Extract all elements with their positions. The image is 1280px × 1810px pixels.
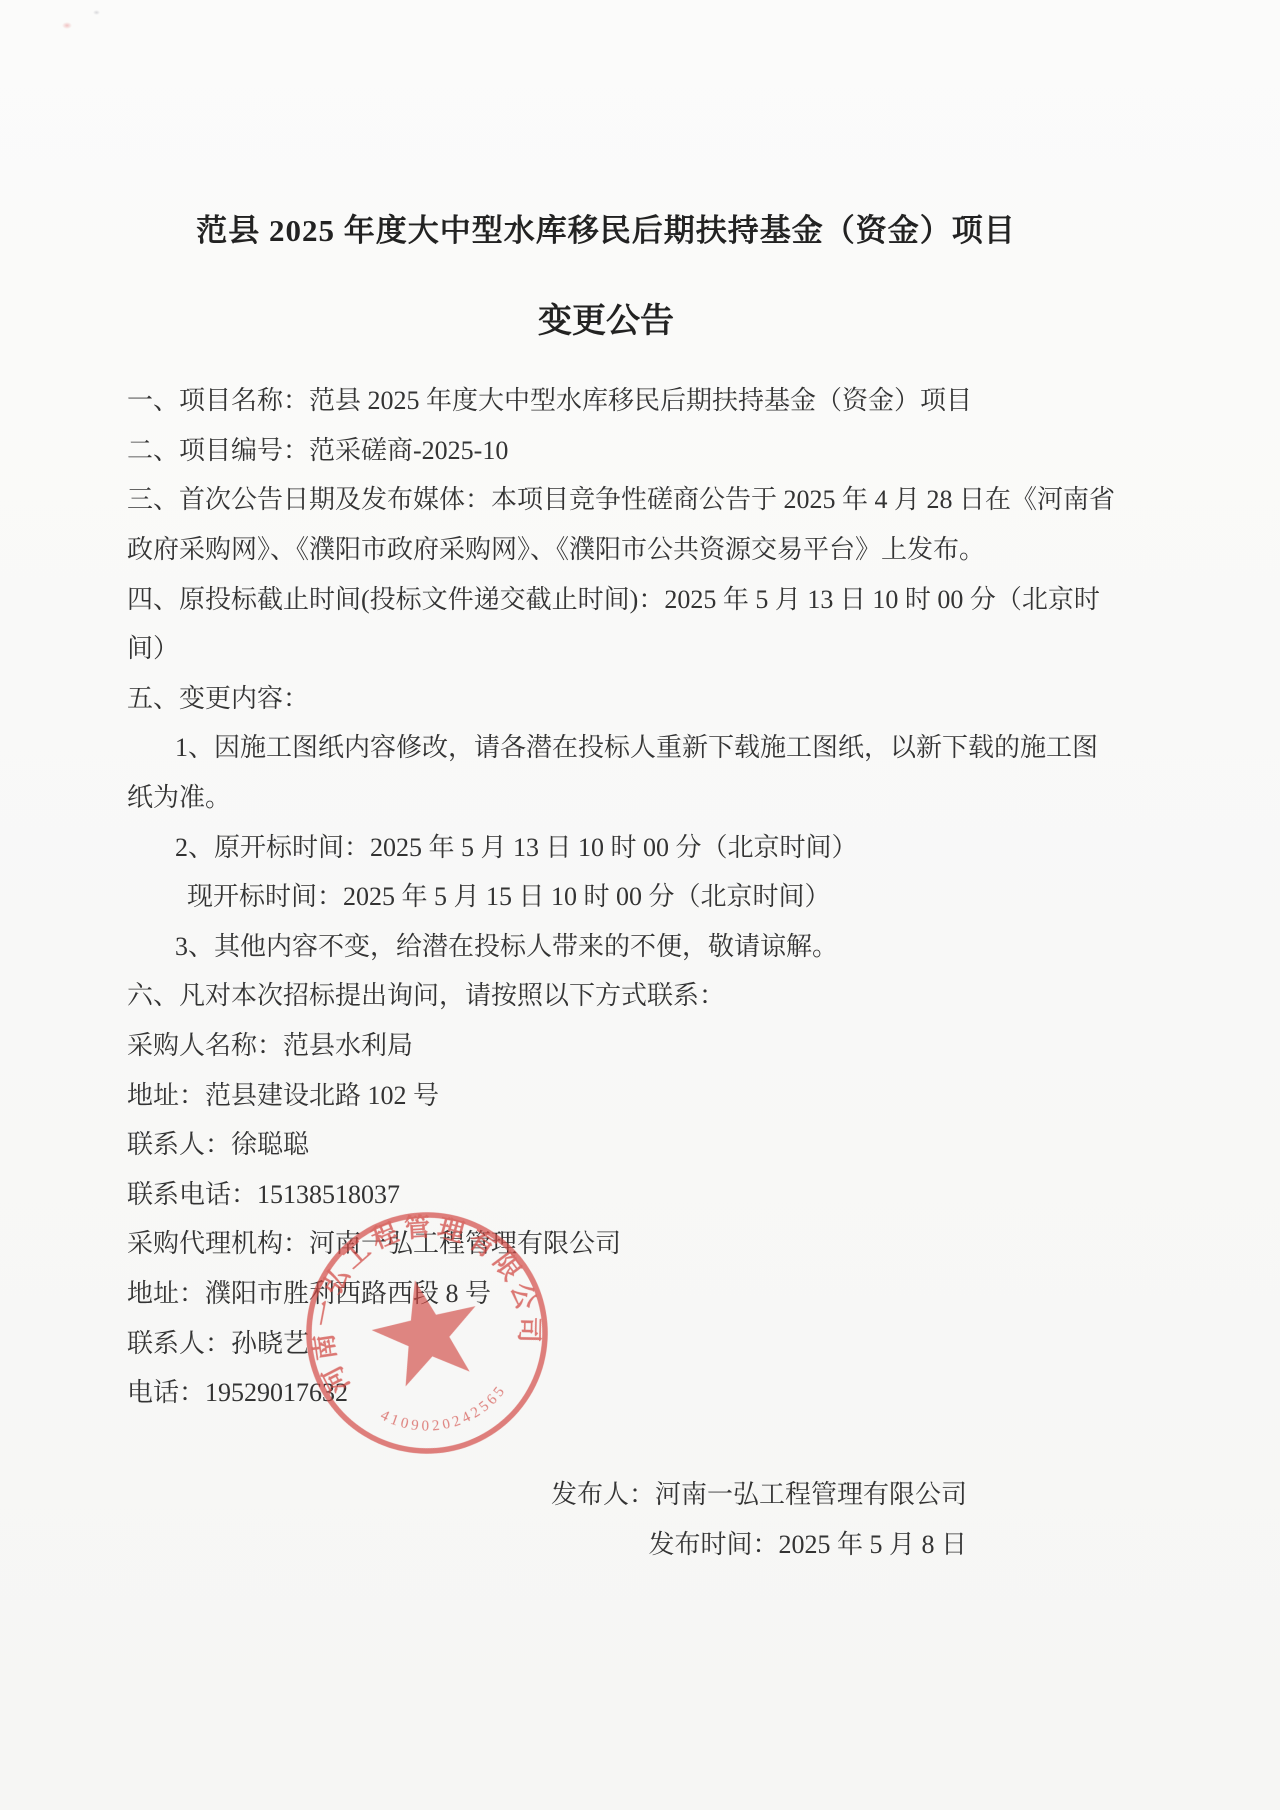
document-line: 1、因施工图纸内容修改，请各潜在投标人重新下载施工图纸，以新下载的施工图 [127, 721, 1085, 771]
document-line: 地址：范县建设北路 102 号 [127, 1068, 1085, 1118]
page-title: 范县 2025 年度大中型水库移民后期扶持基金（资金）项目 [127, 210, 1085, 252]
document-line: 四、原投标截止时间(投标文件递交截止时间)：2025 年 5 月 13 日 10… [127, 572, 1085, 622]
document-line: 联系电话：15138518037 [127, 1168, 1085, 1218]
document-line: 采购代理机构：河南一弘工程管理有限公司 [127, 1217, 1085, 1267]
document-line: 3、其他内容不变，给潜在投标人带来的不便，敬请谅解。 [127, 920, 1085, 970]
document-line: 政府采购网》、《濮阳市政府采购网》、《濮阳市公共资源交易平台》上发布。 [127, 523, 1085, 573]
document-line: 采购人名称：范县水利局 [127, 1019, 1085, 1069]
document-line: 联系人：孙晓艺 [127, 1316, 1085, 1366]
document-line: 联系人：徐聪聪 [127, 1118, 1085, 1168]
document-line: 六、凡对本次招标提出询问，请按照以下方式联系： [127, 969, 1085, 1019]
document-line: 纸为准。 [127, 771, 1085, 821]
document-line: 一、项目名称：范县 2025 年度大中型水库移民后期扶持基金（资金）项目 [127, 374, 1085, 424]
document-line: 2、原开标时间：2025 年 5 月 13 日 10 时 00 分（北京时间） [127, 820, 1085, 870]
page-subtitle: 变更公告 [127, 300, 1085, 344]
publisher-line: 发布人：河南一弘工程管理有限公司 [127, 1467, 967, 1517]
document-line: 电话：19529017632 [127, 1366, 1085, 1416]
document-line: 间） [127, 622, 1085, 672]
document-line: 二、项目编号：范采磋商-2025-10 [127, 424, 1085, 474]
publish-date-line: 发布时间：2025 年 5 月 8 日 [127, 1517, 967, 1567]
document-footer: 发布人：河南一弘工程管理有限公司 发布时间：2025 年 5 月 8 日 [127, 1467, 1085, 1567]
document-line: 现开标时间：2025 年 5 月 15 日 10 时 00 分（北京时间） [127, 870, 1085, 920]
scan-gray-speck [93, 10, 100, 15]
scanned-document-page: 范县 2025 年度大中型水库移民后期扶持基金（资金）项目 变更公告 一、项目名… [0, 0, 1280, 1810]
document-body: 一、项目名称：范县 2025 年度大中型水库移民后期扶持基金（资金）项目 二、项… [127, 374, 1085, 1415]
document-content: 范县 2025 年度大中型水库移民后期扶持基金（资金）项目 变更公告 一、项目名… [127, 210, 1085, 1567]
scan-red-speck [62, 22, 72, 29]
document-line: 五、变更内容： [127, 672, 1085, 722]
document-line: 地址：濮阳市胜利西路西段 8 号 [127, 1267, 1085, 1317]
document-line: 三、首次公告日期及发布媒体：本项目竞争性磋商公告于 2025 年 4 月 28 … [127, 473, 1085, 523]
